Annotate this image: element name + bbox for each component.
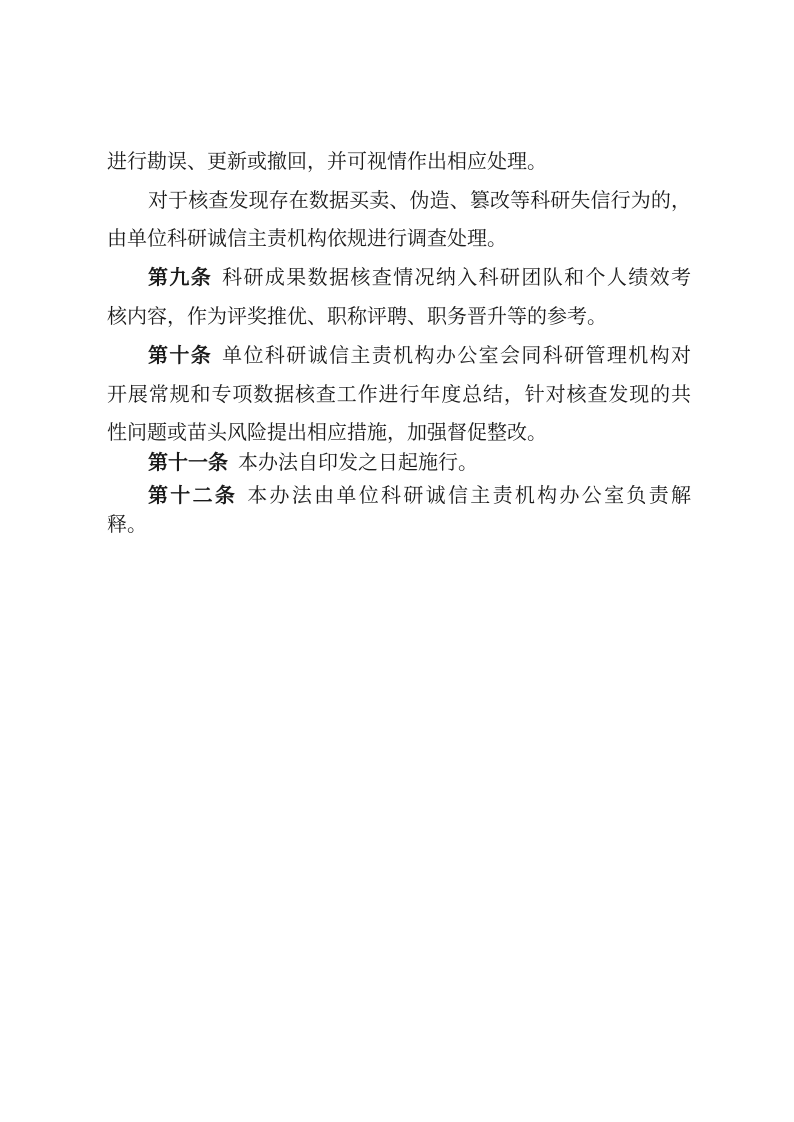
text-line: 科研成果数据核查情况纳入科研团队和个人绩效考: [222, 265, 691, 289]
text-line: 由单位科研诚信主责机构依规进行调查处理。: [107, 226, 691, 250]
article-heading: 第十条: [148, 343, 212, 367]
text-line: 开展常规和专项数据核查工作进行年度总结，针对核查发现的共: [107, 382, 691, 406]
article-11: 第十一条本办法自印发之日起施行。: [148, 450, 691, 474]
text-line: 进行勘误、更新或撤回，并可视情作出相应处理。: [107, 149, 691, 173]
article-10: 第十条单位科研诚信主责机构办公室会同科研管理机构对: [148, 343, 691, 367]
article-12: 第十二条本办法由单位科研诚信主责机构办公室负责解: [148, 483, 691, 507]
text-line: 对于核查发现存在数据买卖、伪造、篡改等科研失信行为的，: [148, 188, 691, 212]
document-page: 进行勘误、更新或撤回，并可视情作出相应处理。 对于核查发现存在数据买卖、伪造、篡…: [0, 0, 794, 1122]
article-9: 第九条科研成果数据核查情况纳入科研团队和个人绩效考: [148, 265, 691, 289]
text-line: 本办法由单位科研诚信主责机构办公室负责解: [247, 483, 691, 507]
article-heading: 第九条: [148, 265, 212, 289]
text-line: 单位科研诚信主责机构办公室会同科研管理机构对: [222, 343, 691, 367]
text-line: 本办法自印发之日起施行。: [238, 450, 478, 474]
article-heading: 第十二条: [148, 483, 237, 507]
text-line: 核内容，作为评奖推优、职称评聘、职务晋升等的参考。: [107, 304, 691, 328]
text-line: 释。: [107, 512, 691, 536]
text-line: 性问题或苗头风险提出相应措施，加强督促整改。: [107, 420, 691, 444]
article-heading: 第十一条: [148, 450, 228, 474]
